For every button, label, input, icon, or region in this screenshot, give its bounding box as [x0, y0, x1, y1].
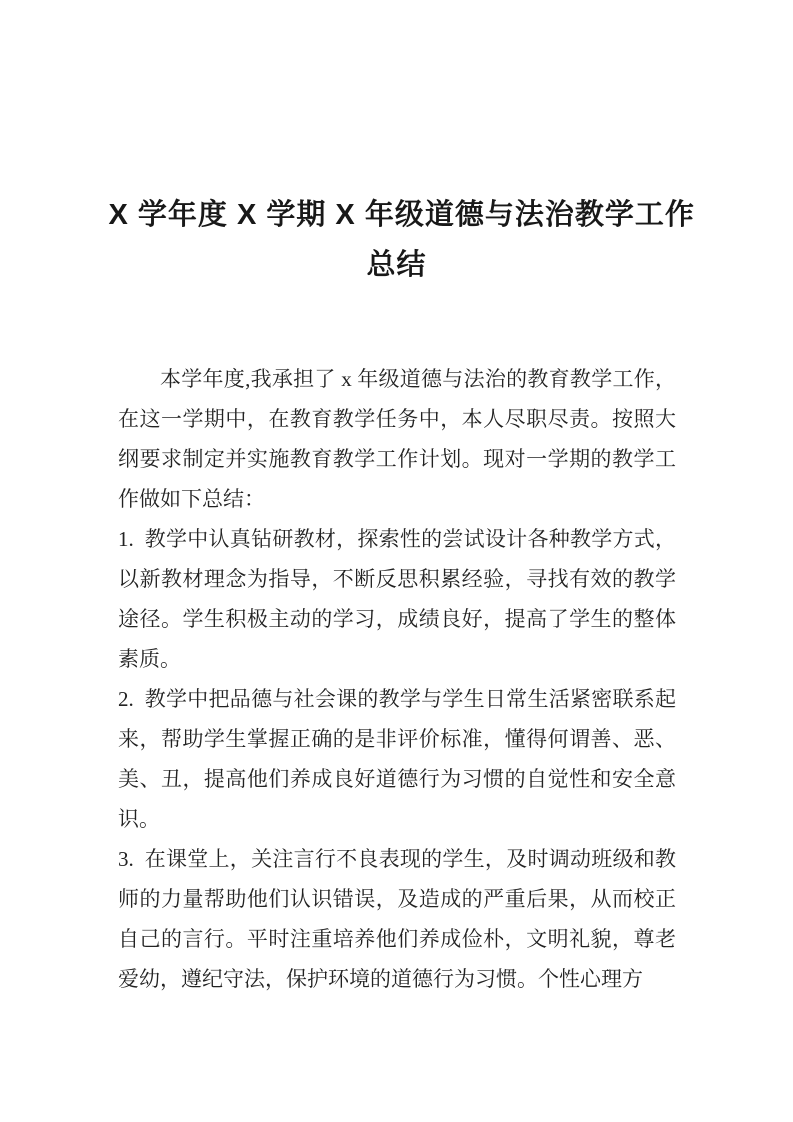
paragraph-intro: 本学年度,我承担了 x 年级道德与法治的教育教学工作，在这一学期中，在教育教学任… — [118, 359, 676, 519]
document-title: X 学年度 X 学期 X 年级道德与法治教学工作 总结 — [109, 190, 685, 290]
title-line-1: X 学年度 X 学期 X 年级道德与法治教学工作 — [109, 190, 685, 240]
title-line-2: 总结 — [109, 240, 685, 290]
paragraph-item-1: 1. 教学中认真钻研教材，探索性的尝试设计各种教学方式，以新教材理念为指导，不断… — [118, 519, 676, 679]
paragraph-item-2: 2. 教学中把品德与社会课的教学与学生日常生活紧密联系起来，帮助学生掌握正确的是… — [118, 679, 676, 839]
document-body: 本学年度,我承担了 x 年级道德与法治的教育教学工作，在这一学期中，在教育教学任… — [118, 359, 676, 999]
document-page: X 学年度 X 学期 X 年级道德与法治教学工作 总结 本学年度,我承担了 x … — [0, 0, 793, 1122]
paragraph-item-3: 3. 在课堂上，关注言行不良表现的学生，及时调动班级和教师的力量帮助他们认识错误… — [118, 839, 676, 999]
